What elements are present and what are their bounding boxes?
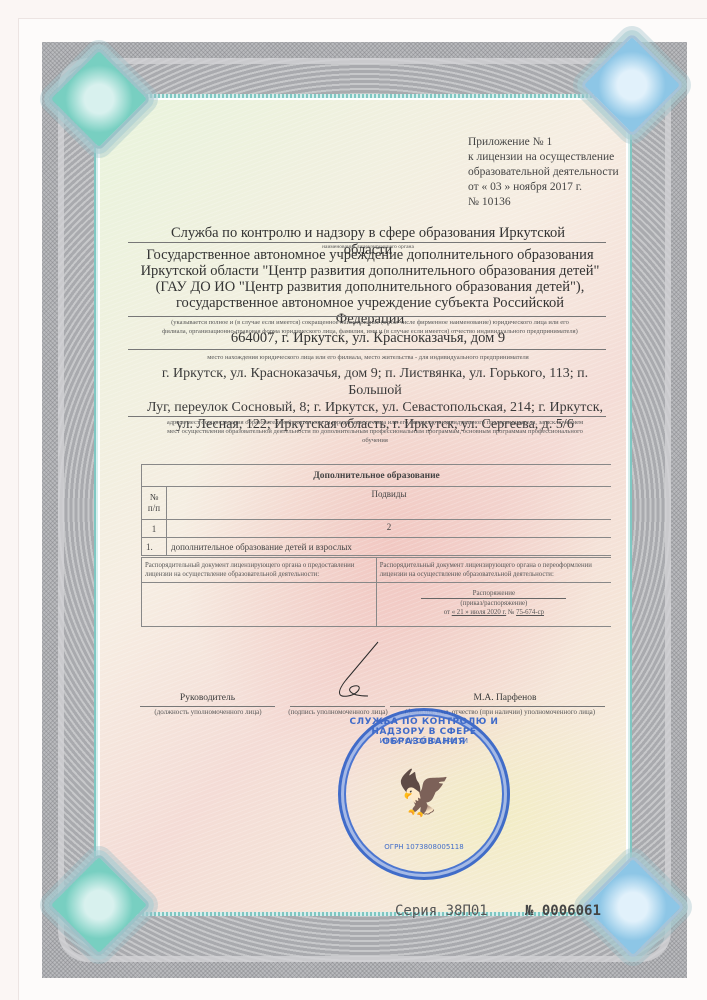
table-row: Распорядительный документ лицензирующего… xyxy=(142,558,612,583)
seal-ogrn: ОГРН 1073808005118 xyxy=(341,843,507,851)
legal-address: 664007, г. Иркутск, ул. Красноказачья, д… xyxy=(148,330,588,347)
activity-places-line: Луг, переулок Сосновый, 8; г. Иркутск, у… xyxy=(140,399,610,416)
divider xyxy=(128,416,606,417)
series-label: Серия xyxy=(395,903,437,919)
licensee-name-line: (ГАУ ДО ИО "Центр развития дополнительно… xyxy=(140,279,600,295)
handwritten-signature-icon xyxy=(318,640,388,700)
table-title-row: Дополнительное образование xyxy=(142,465,612,487)
license-annex-document: Приложение № 1 к лицензии на осуществлен… xyxy=(0,0,707,1000)
annex-ref-line: к лицензии на осуществление xyxy=(468,150,619,165)
address-hint: место нахождения юридического лица или е… xyxy=(148,353,588,362)
signature-line xyxy=(390,706,605,707)
hint-line: адреса мест осуществления образовательно… xyxy=(140,418,610,427)
number-prefix: № xyxy=(508,609,515,616)
table-title: Дополнительное образование xyxy=(142,465,612,487)
form-series: Серия 38П01 xyxy=(395,903,488,919)
activity-places-line: г. Иркутск, ул. Красноказачья, дом 9; п.… xyxy=(140,365,610,399)
administrative-documents-table: Распорядительный документ лицензирующего… xyxy=(141,557,611,627)
hint-line: (указывается полное и (в случае если име… xyxy=(140,318,600,327)
table-row: 1. дополнительное образование детей и вз… xyxy=(142,538,612,556)
seal-inner-text: ИРКУТСКОЙ ОБЛАСТИ xyxy=(341,737,507,745)
table-header-row: № п/п Подвиды xyxy=(142,487,612,520)
licensee-name-line: Иркутской области "Центр развития дополн… xyxy=(140,263,600,279)
date-prefix: от xyxy=(444,609,450,616)
form-number: № 0006061 xyxy=(525,903,601,919)
hint-line: обучения xyxy=(140,436,610,445)
reissue-doc-value: Распоряжение (приказ/распоряжение) от « … xyxy=(376,583,611,627)
col-num-header: № п/п xyxy=(142,487,167,520)
position-hint: (должность уполномоченного лица) xyxy=(138,708,278,716)
annex-header: Приложение № 1 к лицензии на осуществлен… xyxy=(468,135,619,210)
activity-places-hint: адреса мест осуществления образовательно… xyxy=(140,418,610,445)
official-seal: СЛУЖБА ПО КОНТРОЛЮ И НАДЗОРУ В СФЕРЕ ОБР… xyxy=(338,708,510,880)
annex-date: от « 03 » ноября 2017 г. xyxy=(468,180,619,195)
number-value: 0006061 xyxy=(542,903,601,919)
divider xyxy=(128,349,606,350)
grant-doc-value xyxy=(142,583,377,627)
table-row: Распоряжение (приказ/распоряжение) от « … xyxy=(142,583,612,627)
licensee-name: Государственное автономное учреждение до… xyxy=(140,247,600,327)
position-value: Руководитель xyxy=(145,693,270,703)
grant-doc-label: Распорядительный документ лицензирующего… xyxy=(142,558,377,583)
row-subtype: дополнительное образование детей и взрос… xyxy=(167,538,612,556)
series-value: 38П01 xyxy=(446,903,488,919)
annex-license-number: № 10136 xyxy=(468,195,619,210)
signature-line xyxy=(140,706,275,707)
table-index-row: 1 2 xyxy=(142,520,612,538)
number-label: № xyxy=(525,903,533,919)
reissue-doc-date-number: от « 21 » июля 2020 г. № 75-674-ср xyxy=(380,608,608,617)
licensee-name-line: Государственное автономное учреждение до… xyxy=(140,247,600,263)
reissue-number: 75-674-ср xyxy=(516,609,544,616)
signer-name: М.А. Парфенов xyxy=(410,693,600,703)
col-subtype-header: Подвиды xyxy=(167,487,612,520)
annex-title: Приложение № 1 xyxy=(468,135,619,150)
annex-ref-line: образовательной деятельности xyxy=(468,165,619,180)
row-number: 1. xyxy=(142,538,167,556)
index-cell: 2 xyxy=(167,520,612,538)
reissue-doc-kind-hint: (приказ/распоряжение) xyxy=(380,599,608,608)
reissue-date: « 21 » июля 2020 г. xyxy=(452,609,506,616)
hint-line: мест осуществления образовательной деяте… xyxy=(140,427,610,436)
signer-position: Руководитель xyxy=(145,693,270,703)
divider xyxy=(128,316,606,317)
signature-hint: (подпись уполномоченного лица) xyxy=(278,708,398,716)
double-headed-eagle-icon: 🦅 xyxy=(397,772,452,816)
reissue-doc-kind: Распоряжение xyxy=(421,589,566,599)
education-table: Дополнительное образование № п/п Подвиды… xyxy=(141,464,611,556)
signature-line xyxy=(290,706,385,707)
index-cell: 1 xyxy=(142,520,167,538)
reissue-doc-label: Распорядительный документ лицензирующего… xyxy=(376,558,611,583)
